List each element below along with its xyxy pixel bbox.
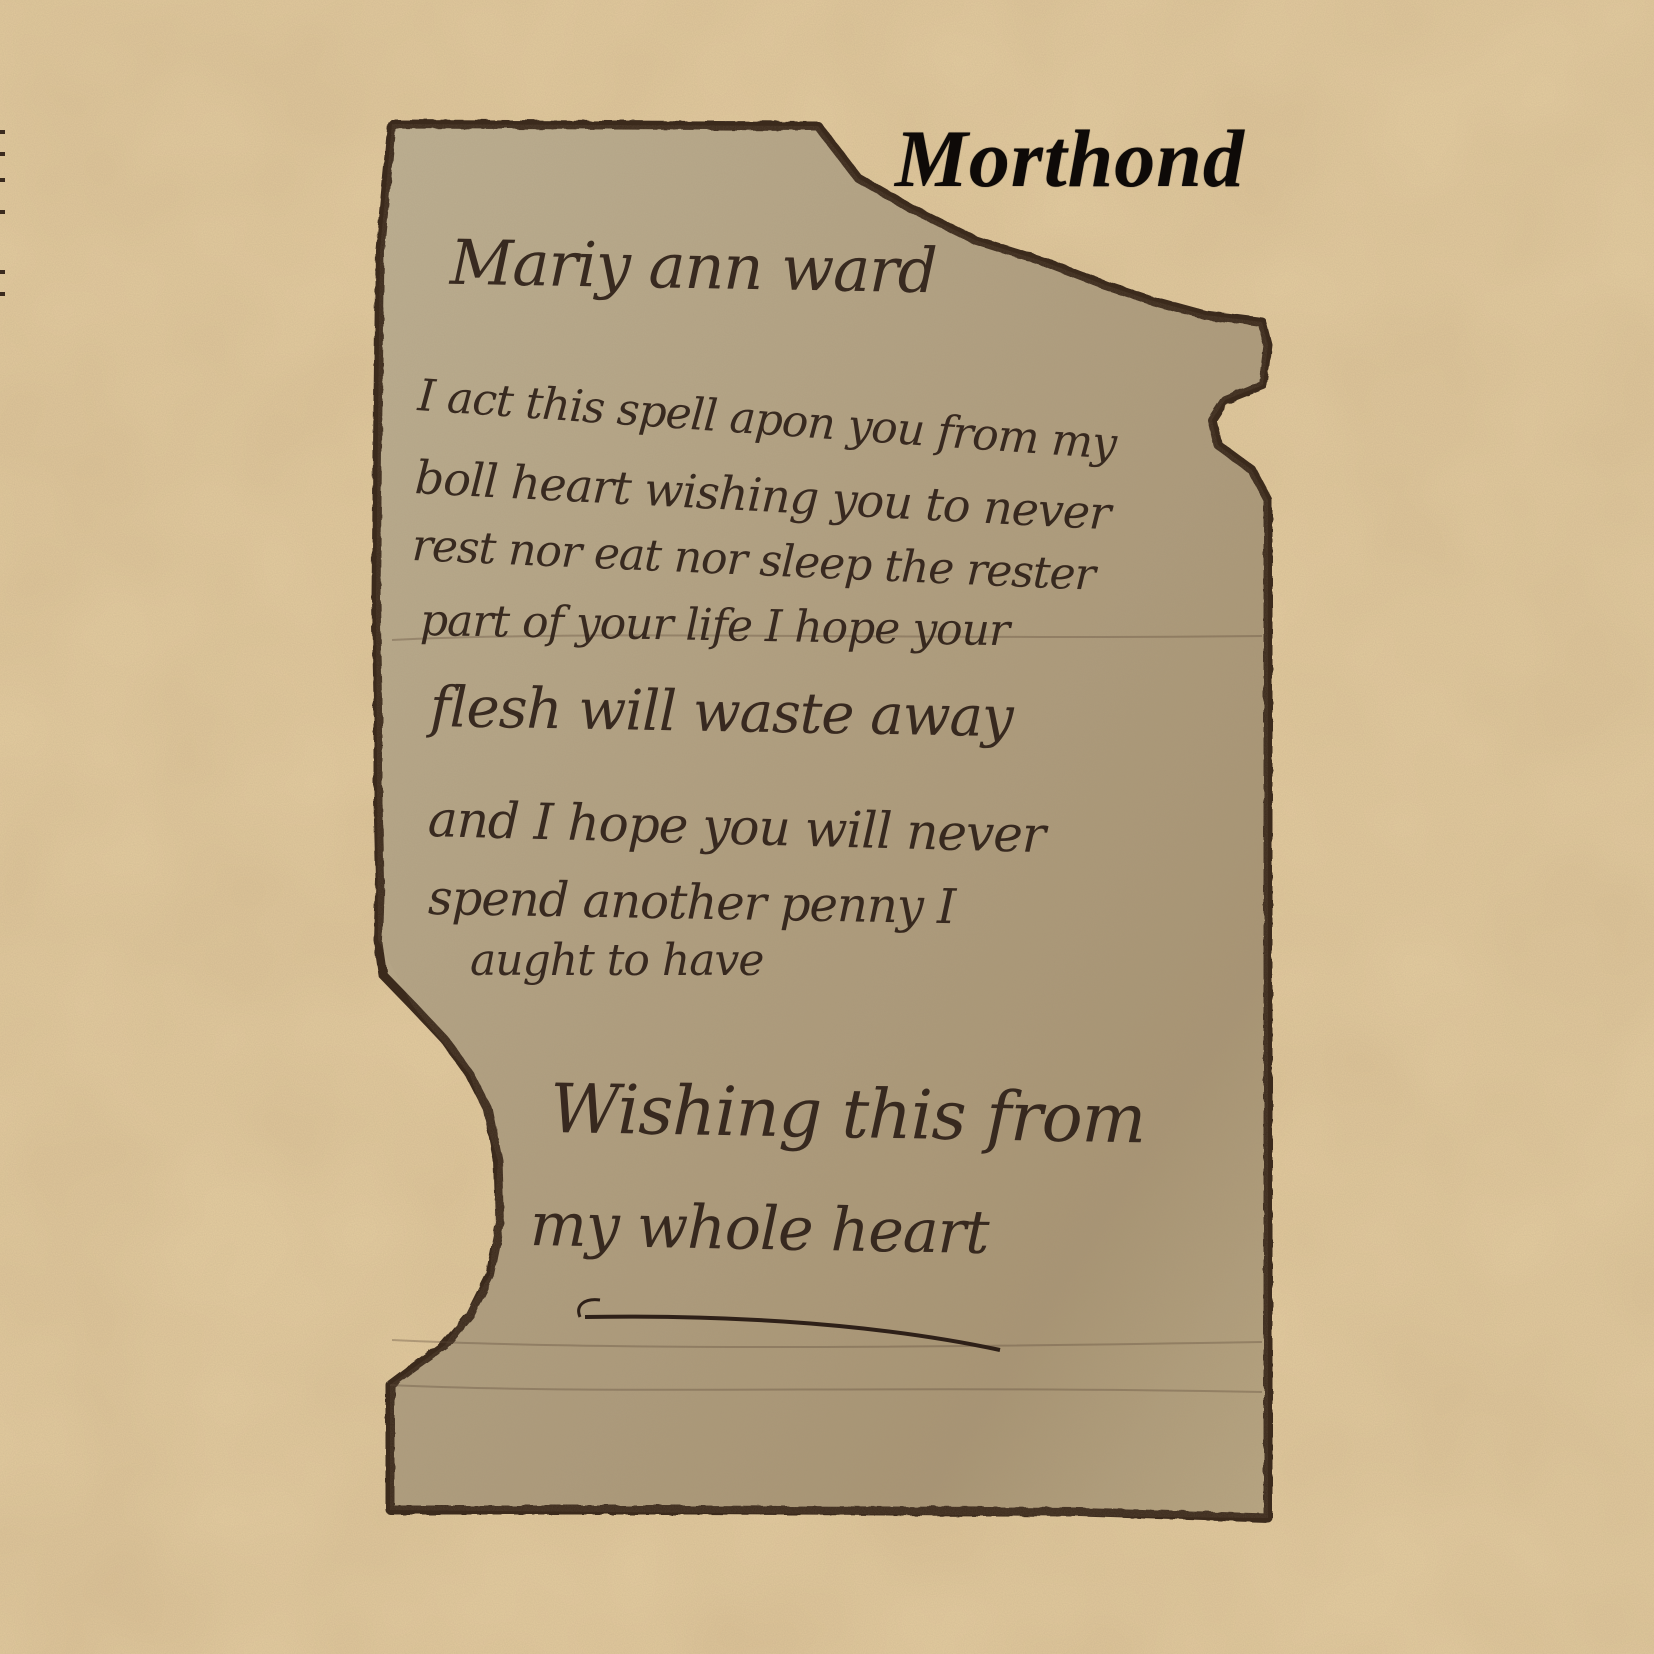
note-line: part of your life I hope your <box>420 595 1010 656</box>
note-closing-line: my whole heart <box>529 1190 989 1268</box>
note-closing-line: Wishing this from <box>549 1070 1146 1159</box>
note-addressee: Mariy ann ward <box>449 226 937 307</box>
note-line: flesh will waste away <box>429 675 1013 750</box>
note-line: spend another penny I <box>428 870 956 935</box>
margin-marks <box>0 120 6 300</box>
note-line: aught to have <box>470 935 763 986</box>
title-morthond: Morthond <box>895 112 1245 206</box>
